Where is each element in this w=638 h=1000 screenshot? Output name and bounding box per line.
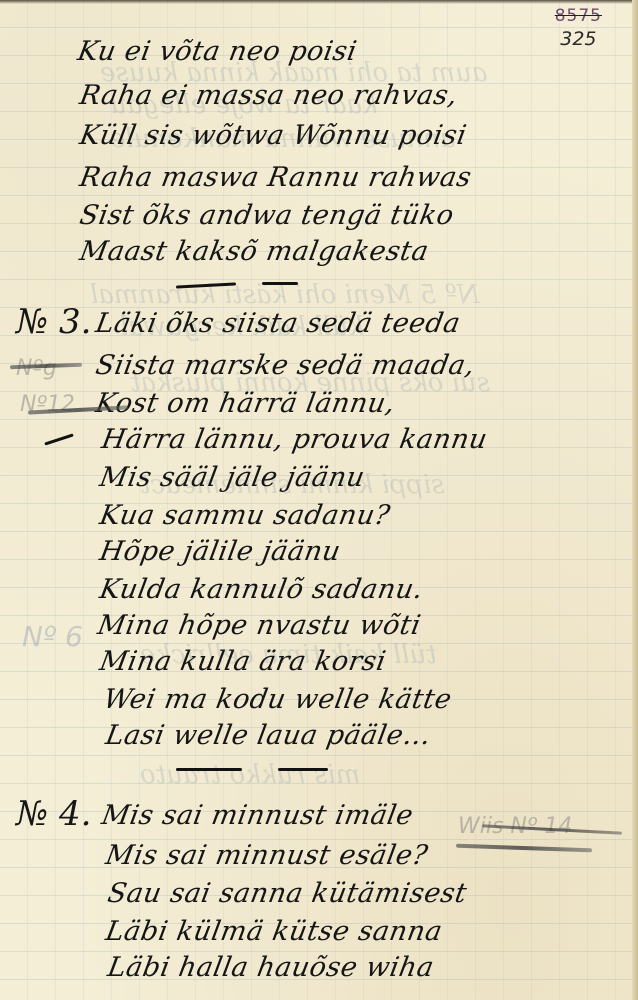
section-divider xyxy=(262,282,298,285)
song3-line-10: Mina kulla ära korsi xyxy=(97,646,388,677)
page-top-edge xyxy=(0,0,638,4)
song3-line-11: Wei ma kodu welle kätte xyxy=(101,684,454,715)
song-number-3: № 3. xyxy=(16,302,91,342)
song1-line-6: Maast kaksõ malgakesta xyxy=(77,236,431,267)
current-catalog-number: 325 xyxy=(555,28,602,50)
song4-line-3: Sau sai sanna kütämisest xyxy=(105,878,469,909)
pencil-strike-mark xyxy=(456,844,592,853)
song-number-4: № 4. xyxy=(16,794,91,834)
song1-line-2: Raha ei massa neo rahvas, xyxy=(77,80,460,111)
song4-line-4: Läbi külmä kütse sanna xyxy=(103,916,445,947)
song4-line-5: Läbi halla hauõse wiha xyxy=(105,952,436,983)
song3-line-9: Mina hõpe nvastu wõti xyxy=(95,610,423,641)
song3-line-1: Läki õks siista sedä teeda xyxy=(93,308,463,339)
song3-line-7: Hõpe jälile jäänu xyxy=(97,536,343,567)
song4-line-2: Mis sai minnust esäle? xyxy=(103,840,430,871)
song4-line-1: Mis sai minnust imäle xyxy=(99,800,416,831)
song3-line-12: Lasi welle laua pääle… xyxy=(103,720,433,751)
song1-line-4: Raha maswa Rannu rahwas xyxy=(77,162,474,193)
song3-line-8: Kulda kannulõ sadanu. xyxy=(97,574,425,605)
song3-line-4: Härra lännu, prouva kannu xyxy=(99,424,490,455)
page-right-edge xyxy=(632,0,638,1000)
ink-margin-mark xyxy=(44,433,73,445)
song3-line-3: Kost om härrä lännu, xyxy=(93,388,397,419)
song3-line-2: Siista marske sedä maada, xyxy=(93,350,477,381)
old-catalog-number: 8575 xyxy=(555,6,602,26)
song3-line-6: Kua sammu sadanu? xyxy=(97,500,392,531)
pencil-note: Nº 6 xyxy=(22,620,83,653)
song3-line-5: Mis sääl jäle jäänu xyxy=(97,462,367,493)
section-divider xyxy=(176,768,242,771)
song1-line-1: Ku ei võta neo poisi xyxy=(75,36,359,67)
song1-line-5: Sist õks andwa tengä tüko xyxy=(77,200,456,231)
bleed-through-text: mis rukko trauto xyxy=(140,760,360,790)
catalog-number-stamp: 8575 325 xyxy=(555,6,602,50)
manuscript-page: aum ta ohi maak kinna kuuse kaar ta wöje… xyxy=(0,0,638,1000)
song1-line-3: Küll sis wõtwa Wõnnu poisi xyxy=(77,120,469,151)
section-divider xyxy=(278,768,328,771)
